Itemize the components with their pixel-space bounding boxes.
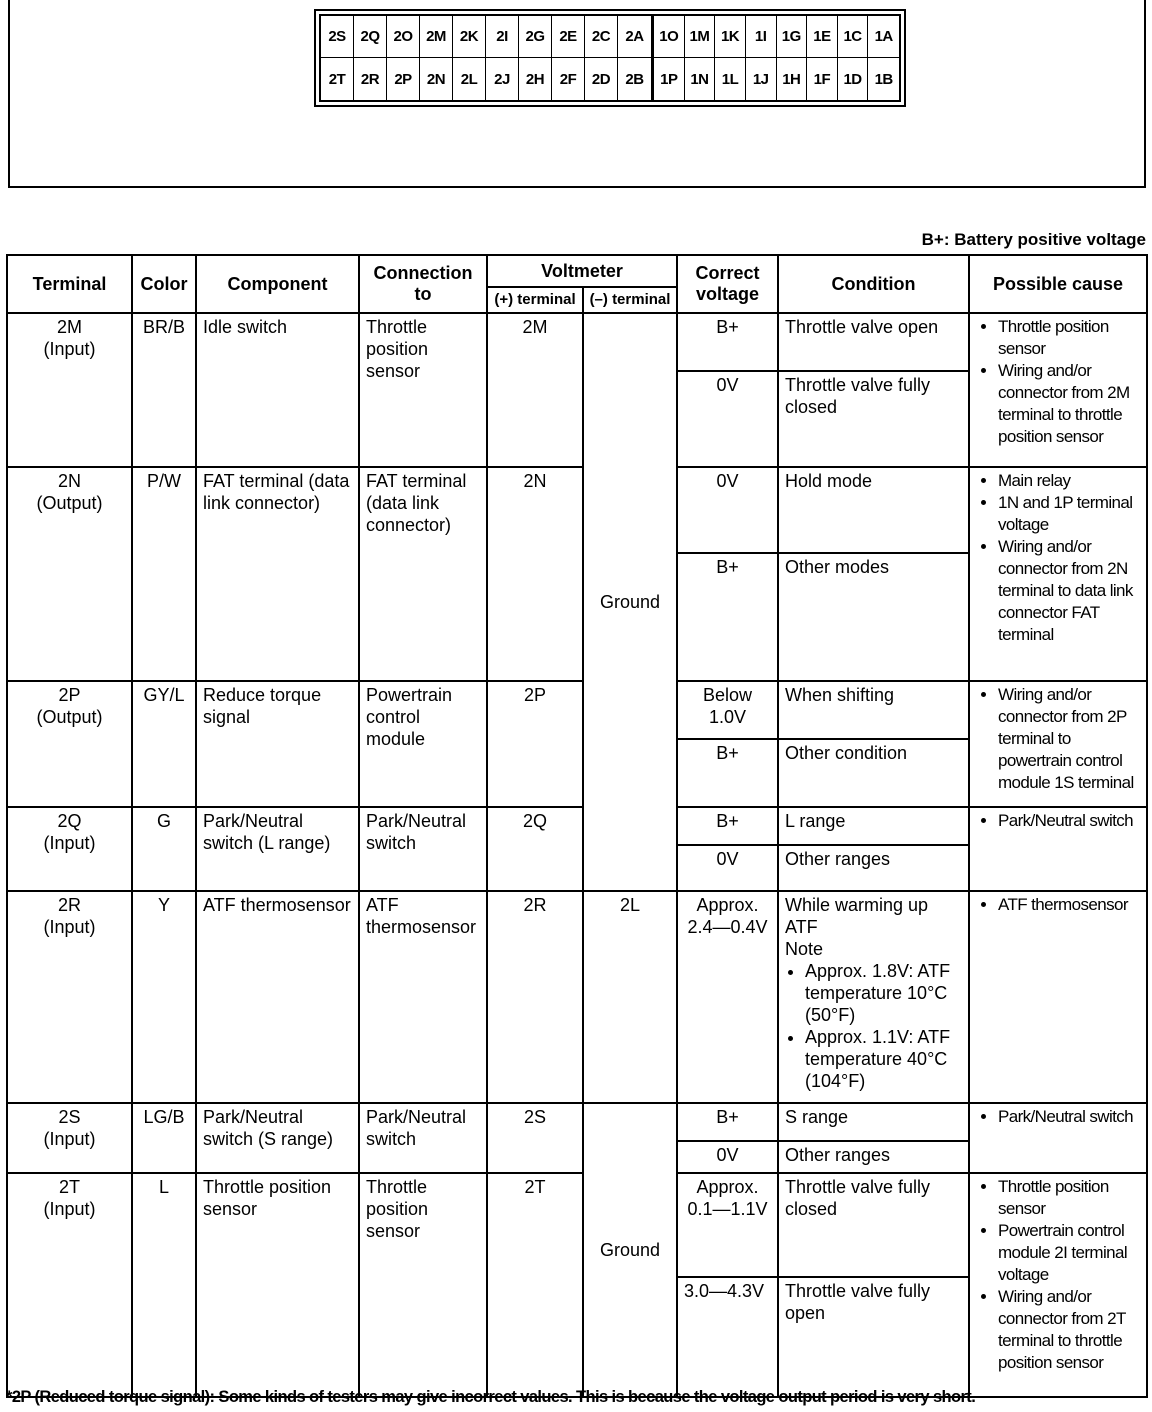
- terminal-cell: 2R(Input): [7, 891, 132, 1103]
- connection-cell: Throttle position sensor: [359, 1173, 487, 1397]
- wire-color: Y: [132, 891, 196, 1103]
- condition: Other ranges: [778, 1141, 969, 1173]
- note-list: Approx. 1.8V: ATF temperature 10°C (50°F…: [785, 960, 962, 1092]
- ground-cell: Ground: [583, 313, 677, 891]
- connector-pin: 1N: [685, 58, 716, 100]
- table-row: 2S(Input)LG/BPark/Neutral switch (S rang…: [7, 1103, 1147, 1141]
- connector-diagram: 2S2Q2O2M2K2I2G2E2C2A2T2R2P2N2L2J2H2F2D2B…: [314, 9, 906, 107]
- terminal-direction: (Input): [14, 338, 125, 360]
- condition-text: Throttle valve fully closed: [785, 374, 962, 418]
- connector-pin: 1M: [685, 16, 716, 58]
- connector-pin: 2T: [321, 58, 354, 100]
- cause-list: Throttle position sensorPowertrain contr…: [976, 1176, 1140, 1374]
- condition-text: Throttle valve fully open: [785, 1280, 962, 1324]
- component-cell: Park/Neutral switch (L range): [196, 807, 359, 891]
- condition: While warming up ATFNoteApprox. 1.8V: AT…: [778, 891, 969, 1103]
- cause-list: Throttle position sensorWiring and/or co…: [976, 316, 1140, 448]
- condition: Throttle valve fully closed: [778, 371, 969, 467]
- header-possible-cause: Possible cause: [969, 255, 1147, 313]
- terminal-id: 2T: [14, 1176, 125, 1198]
- header-condition: Condition: [778, 255, 969, 313]
- terminal-direction: (Input): [14, 1198, 125, 1220]
- correct-voltage: B+: [677, 313, 778, 371]
- connector-pin: 1D: [838, 58, 869, 100]
- component-cell: Reduce torque signal: [196, 681, 359, 807]
- wire-color: GY/L: [132, 681, 196, 807]
- header-terminal: Terminal: [7, 255, 132, 313]
- terminal-id: 2Q: [14, 810, 125, 832]
- condition-text: Hold mode: [785, 470, 962, 492]
- cause-item: ATF thermosensor: [998, 894, 1140, 916]
- correct-voltage: Approx. 0.1—1.1V: [677, 1173, 778, 1277]
- correct-voltage: Below 1.0V: [677, 681, 778, 739]
- condition: Hold mode: [778, 467, 969, 553]
- footnote: *2P (Reduced torque signal): Some kinds …: [6, 1388, 975, 1407]
- connector-pin: 2M: [420, 16, 453, 58]
- correct-voltage: B+: [677, 739, 778, 807]
- terminal-table: Terminal Color Component Connection to V…: [6, 254, 1148, 1398]
- table-row: 2Q(Input)GPark/Neutral switch (L range)P…: [7, 807, 1147, 845]
- table-row: 2M(Input)BR/BIdle switchThrottle positio…: [7, 313, 1147, 371]
- plus-terminal-cell: 2N: [487, 467, 583, 681]
- header-minus-terminal: (–) terminal: [583, 287, 677, 313]
- condition: Other condition: [778, 739, 969, 807]
- wire-color: G: [132, 807, 196, 891]
- correct-voltage: B+: [677, 1103, 778, 1141]
- connector-pin: 2P: [387, 58, 420, 100]
- terminal-cell: 2S(Input): [7, 1103, 132, 1173]
- terminal-direction: (Output): [14, 706, 125, 728]
- connector-pin: 1A: [868, 16, 899, 58]
- component-cell: Park/Neutral switch (S range): [196, 1103, 359, 1173]
- condition: Other modes: [778, 553, 969, 681]
- plus-terminal-cell: 2T: [487, 1173, 583, 1397]
- connector-pin: 2F: [552, 58, 585, 100]
- cause-list: Wiring and/or connector from 2P terminal…: [976, 684, 1140, 794]
- condition-text: Throttle valve open: [785, 316, 962, 338]
- plus-terminal-cell: 2P: [487, 681, 583, 807]
- plus-terminal-cell: 2R: [487, 891, 583, 1103]
- connector-pin: 2G: [519, 16, 552, 58]
- cause-item: Throttle position sensor: [998, 1176, 1140, 1220]
- cause-item: Wiring and/or connector from 2N terminal…: [998, 536, 1140, 646]
- connector-pin: 2K: [453, 16, 486, 58]
- connector-pin: 2N: [420, 58, 453, 100]
- connector-pin: 2A: [618, 16, 651, 58]
- cause-item: Park/Neutral switch: [998, 1106, 1140, 1128]
- note-item: Approx. 1.8V: ATF temperature 10°C (50°F…: [805, 960, 962, 1026]
- connector-block-2: 2S2Q2O2M2K2I2G2E2C2A2T2R2P2N2L2J2H2F2D2B: [321, 16, 654, 100]
- wire-color: LG/B: [132, 1103, 196, 1173]
- cause-list: Park/Neutral switch: [976, 810, 1140, 832]
- condition-text: Other condition: [785, 742, 962, 764]
- terminal-direction: (Input): [14, 1128, 125, 1150]
- condition-text: S range: [785, 1106, 962, 1128]
- connector-pin: 1F: [807, 58, 838, 100]
- terminal-cell: 2M(Input): [7, 313, 132, 467]
- connector-pin: 2B: [618, 58, 651, 100]
- connector-pin: 1J: [746, 58, 777, 100]
- condition-text: L range: [785, 810, 962, 832]
- plus-terminal-cell: 2M: [487, 313, 583, 467]
- condition: Throttle valve open: [778, 313, 969, 371]
- terminal-id: 2M: [14, 316, 125, 338]
- connector-pin: 2Q: [354, 16, 387, 58]
- condition: When shifting: [778, 681, 969, 739]
- table-row: 2N(Output)P/WFAT terminal (data link con…: [7, 467, 1147, 553]
- correct-voltage: 0V: [677, 467, 778, 553]
- connector-pin: 2O: [387, 16, 420, 58]
- component-cell: Throttle position sensor: [196, 1173, 359, 1397]
- cause-item: Wiring and/or connector from 2T terminal…: [998, 1286, 1140, 1374]
- header-correct-voltage: Correct voltage: [677, 255, 778, 313]
- header-color: Color: [132, 255, 196, 313]
- connector-block-1: 1O1M1K1I1G1E1C1A1P1N1L1J1H1F1D1B: [654, 16, 899, 100]
- connection-cell: Powertrain control module: [359, 681, 487, 807]
- possible-cause-cell: Main relay1N and 1P terminal voltageWiri…: [969, 467, 1147, 681]
- component-cell: FAT terminal (data link connector): [196, 467, 359, 681]
- cause-item: Powertrain control module 2I terminal vo…: [998, 1220, 1140, 1286]
- condition: S range: [778, 1103, 969, 1141]
- condition-text: When shifting: [785, 684, 962, 706]
- connector-pin: 1G: [777, 16, 808, 58]
- possible-cause-cell: ATF thermosensor: [969, 891, 1147, 1103]
- condition: L range: [778, 807, 969, 845]
- wire-color: P/W: [132, 467, 196, 681]
- correct-voltage: 0V: [677, 1141, 778, 1173]
- table-row: 2R(Input)YATF thermosensorATF thermosens…: [7, 891, 1147, 1103]
- plus-terminal-cell: 2S: [487, 1103, 583, 1173]
- possible-cause-cell: Park/Neutral switch: [969, 807, 1147, 891]
- cause-list: ATF thermosensor: [976, 894, 1140, 916]
- header-voltmeter: Voltmeter: [487, 255, 677, 287]
- connector-pin: 1I: [746, 16, 777, 58]
- table-row: 2T(Input)LThrottle position sensorThrott…: [7, 1173, 1147, 1277]
- terminal-id: 2R: [14, 894, 125, 916]
- terminal-direction: (Output): [14, 492, 125, 514]
- connector-pin: 2R: [354, 58, 387, 100]
- component-cell: Idle switch: [196, 313, 359, 467]
- header-plus-terminal: (+) terminal: [487, 287, 583, 313]
- correct-voltage: B+: [677, 553, 778, 681]
- cause-item: Park/Neutral switch: [998, 810, 1140, 832]
- possible-cause-cell: Wiring and/or connector from 2P terminal…: [969, 681, 1147, 807]
- cause-item: Wiring and/or connector from 2M terminal…: [998, 360, 1140, 448]
- header-component: Component: [196, 255, 359, 313]
- correct-voltage: B+: [677, 807, 778, 845]
- condition-text: Other ranges: [785, 1144, 962, 1166]
- possible-cause-cell: Throttle position sensorWiring and/or co…: [969, 313, 1147, 467]
- connector-pin: 2J: [486, 58, 519, 100]
- wire-color: BR/B: [132, 313, 196, 467]
- connector-pin: 2H: [519, 58, 552, 100]
- correct-voltage: Approx. 2.4—0.4V: [677, 891, 778, 1103]
- connection-cell: Park/Neutral switch: [359, 807, 487, 891]
- connection-cell: ATF thermosensor: [359, 891, 487, 1103]
- connector-pin: 1P: [654, 58, 685, 100]
- possible-cause-cell: Throttle position sensorPowertrain contr…: [969, 1173, 1147, 1397]
- cause-item: Throttle position sensor: [998, 316, 1140, 360]
- correct-voltage: 0V: [677, 371, 778, 467]
- connector-pin: 1O: [654, 16, 685, 58]
- connector-pin: 1C: [838, 16, 869, 58]
- condition: Other ranges: [778, 845, 969, 891]
- condition-text: Throttle valve fully closed: [785, 1176, 962, 1220]
- cause-list: Main relay1N and 1P terminal voltageWiri…: [976, 470, 1140, 646]
- terminal-direction: (Input): [14, 832, 125, 854]
- terminal-cell: 2Q(Input): [7, 807, 132, 891]
- terminal-cell: 2T(Input): [7, 1173, 132, 1397]
- legend-note: B+: Battery positive voltage: [922, 230, 1146, 250]
- connector-pin: 2S: [321, 16, 354, 58]
- condition-text: While warming up ATF: [785, 894, 962, 938]
- connector-pin: 2C: [585, 16, 618, 58]
- connector-pin: 2I: [486, 16, 519, 58]
- terminal-id: 2P: [14, 684, 125, 706]
- header-connection: Connection to: [359, 255, 487, 313]
- note-label: Note: [785, 938, 962, 960]
- cause-item: Wiring and/or connector from 2P terminal…: [998, 684, 1140, 794]
- connector-pin: 2L: [453, 58, 486, 100]
- terminal-id: 2N: [14, 470, 125, 492]
- plus-terminal-cell: 2Q: [487, 807, 583, 891]
- ground-cell: Ground: [583, 1103, 677, 1397]
- connector-pin: 2D: [585, 58, 618, 100]
- component-cell: ATF thermosensor: [196, 891, 359, 1103]
- connection-cell: Throttle position sensor: [359, 313, 487, 467]
- note-item: Approx. 1.1V: ATF temperature 40°C (104°…: [805, 1026, 962, 1092]
- connection-cell: Park/Neutral switch: [359, 1103, 487, 1173]
- connector-pin: 1K: [715, 16, 746, 58]
- condition: Throttle valve fully open: [778, 1277, 969, 1397]
- correct-voltage: 3.0—4.3V: [677, 1277, 778, 1397]
- condition: Throttle valve fully closed: [778, 1173, 969, 1277]
- table-row: 2P(Output)GY/LReduce torque signalPowert…: [7, 681, 1147, 739]
- minus-terminal-cell: 2L: [583, 891, 677, 1103]
- connector-pin: 1L: [715, 58, 746, 100]
- terminal-cell: 2N(Output): [7, 467, 132, 681]
- terminal-direction: (Input): [14, 916, 125, 938]
- connector-pin: 1E: [807, 16, 838, 58]
- connection-cell: FAT terminal (data link connector): [359, 467, 487, 681]
- correct-voltage: 0V: [677, 845, 778, 891]
- connector-pin: 2E: [552, 16, 585, 58]
- terminal-cell: 2P(Output): [7, 681, 132, 807]
- condition-text: Other ranges: [785, 848, 962, 870]
- terminal-id: 2S: [14, 1106, 125, 1128]
- connector-pin: 1H: [777, 58, 808, 100]
- connector-diagram-frame: 2S2Q2O2M2K2I2G2E2C2A2T2R2P2N2L2J2H2F2D2B…: [8, 0, 1146, 188]
- connector-pin: 1B: [868, 58, 899, 100]
- condition-text: Other modes: [785, 556, 962, 578]
- cause-item: 1N and 1P terminal voltage: [998, 492, 1140, 536]
- possible-cause-cell: Park/Neutral switch: [969, 1103, 1147, 1173]
- cause-item: Main relay: [998, 470, 1140, 492]
- wire-color: L: [132, 1173, 196, 1397]
- cause-list: Park/Neutral switch: [976, 1106, 1140, 1128]
